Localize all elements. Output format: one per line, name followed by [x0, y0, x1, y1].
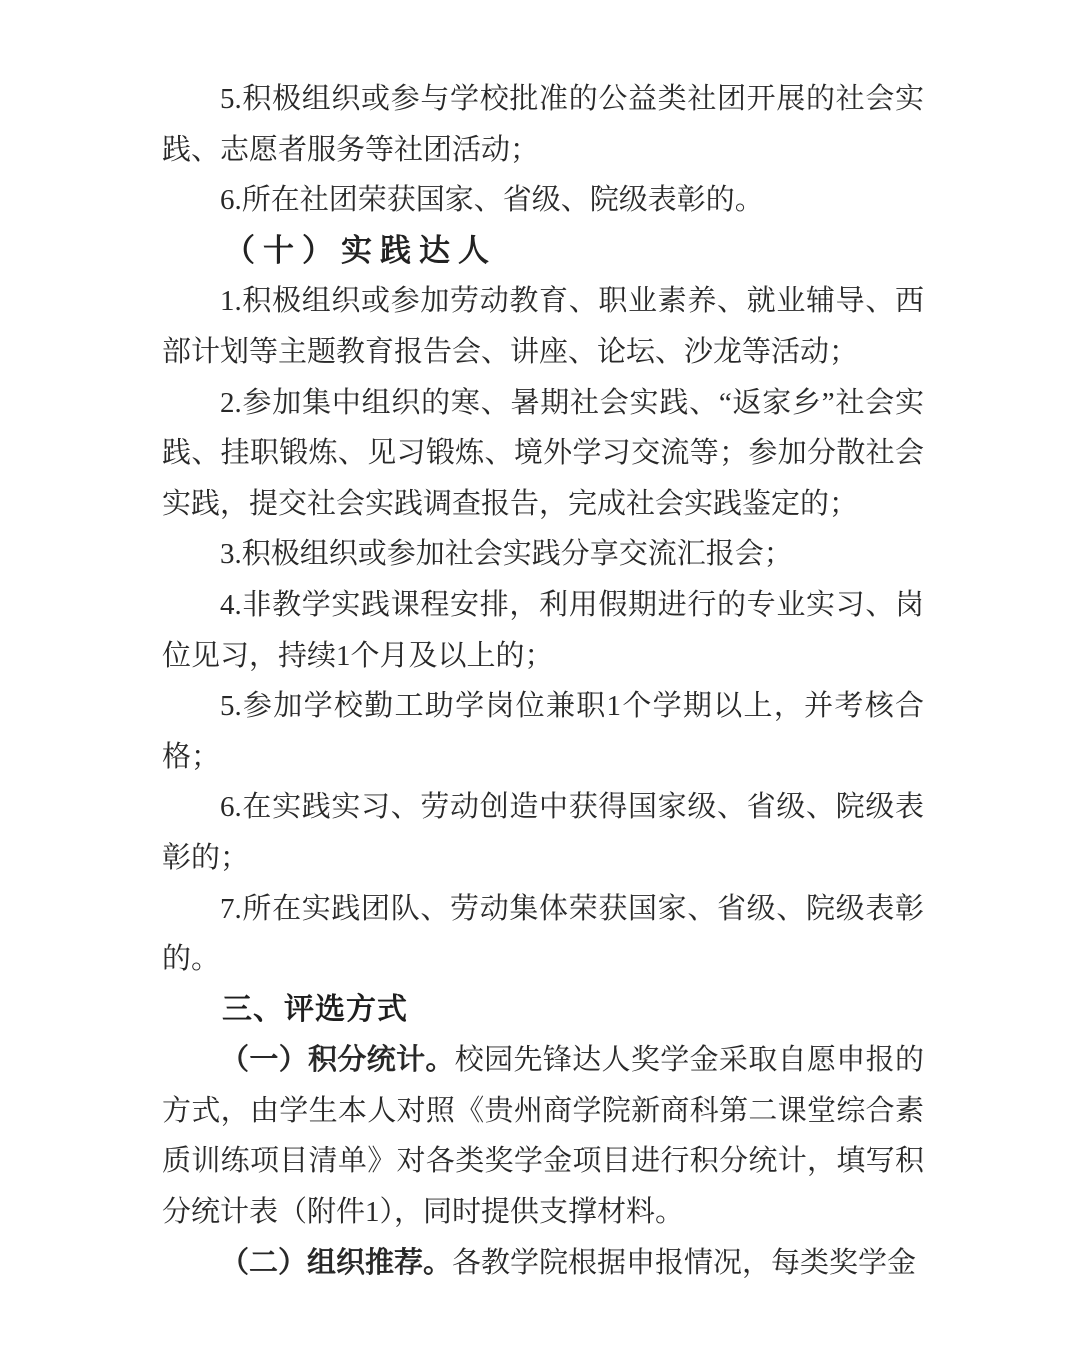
document-text-block: 5.积极组织或参与学校批准的公益类社团开展的社会实践、志愿者服务等社团活动；6.…	[162, 74, 924, 1288]
paragraph: 2.参加集中组织的寒、暑期社会实践、“返家乡”社会实践、挂职锻炼、见习锻炼、境外…	[162, 378, 924, 530]
paragraph: 6.所在社团荣获国家、省级、院级表彰的。	[162, 175, 924, 226]
document-page: 5.积极组织或参与学校批准的公益类社团开展的社会实践、志愿者服务等社团活动；6.…	[0, 0, 1079, 1370]
paragraph-text: 各教学院根据申报情况，每类奖学金	[452, 1247, 916, 1279]
paragraph: 6.在实践实习、劳动创造中获得国家级、省级、院级表彰的；	[162, 782, 924, 883]
paragraph: （二）组织推荐。各教学院根据申报情况，每类奖学金	[162, 1238, 924, 1289]
paragraph: 1.积极组织或参加劳动教育、职业素养、就业辅导、西部计划等主题教育报告会、讲座、…	[162, 276, 924, 377]
paragraph: 5.参加学校勤工助学岗位兼职1个学期以上，并考核合格；	[162, 681, 924, 782]
subsection-heading: （十）实践达人	[162, 226, 924, 277]
paragraph-lead: （一）积分统计。	[220, 1044, 455, 1076]
paragraph: 7.所在实践团队、劳动集体荣获国家、省级、院级表彰的。	[162, 884, 924, 985]
paragraph-lead: （二）组织推荐。	[220, 1247, 452, 1279]
paragraph: 3.积极组织或参加社会实践分享交流汇报会；	[162, 529, 924, 580]
paragraph: 5.积极组织或参与学校批准的公益类社团开展的社会实践、志愿者服务等社团活动；	[162, 74, 924, 175]
paragraph: （一）积分统计。校园先锋达人奖学金采取自愿申报的方式，由学生本人对照《贵州商学院…	[162, 1035, 924, 1237]
paragraph: 4.非教学实践课程安排，利用假期进行的专业实习、岗位见习，持续1个月及以上的；	[162, 580, 924, 681]
section-heading: 三、评选方式	[162, 985, 924, 1036]
